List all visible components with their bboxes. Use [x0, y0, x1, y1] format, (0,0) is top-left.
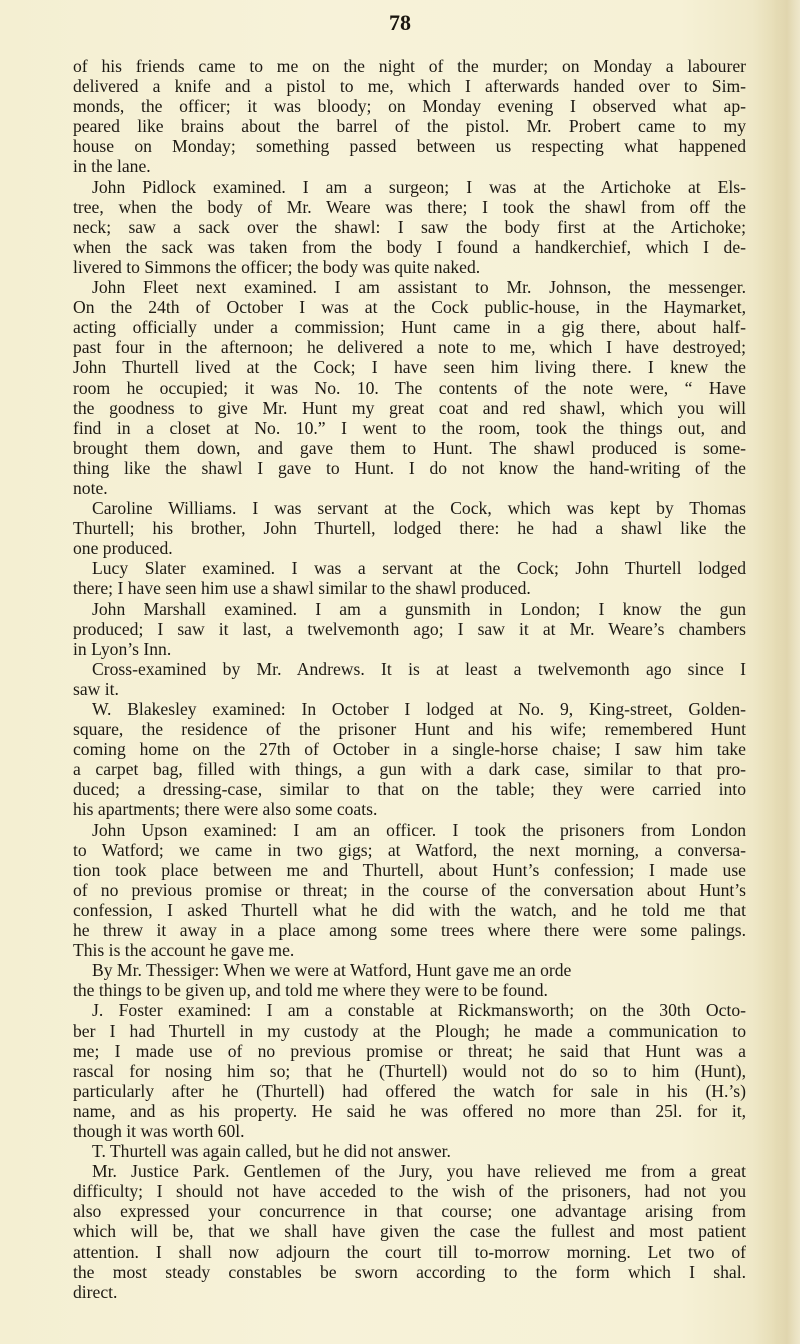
- paragraph-start-line: John Pidlock examined. I am a surgeon; I…: [73, 177, 746, 197]
- paragraph-start-line: J. Foster examined: I am a constable at …: [73, 1000, 746, 1020]
- text-line: note.: [73, 478, 746, 498]
- book-page: 78 of his friends came to me on the nigh…: [0, 0, 800, 1344]
- text-line: to Watford; we came in two gigs; at Watf…: [73, 840, 746, 860]
- paragraph-start-line: John Fleet next examined. I am assistant…: [73, 277, 746, 297]
- text-line: attention. I shall now adjourn the court…: [73, 1242, 746, 1262]
- text-line: of his friends came to me on the night o…: [73, 56, 746, 76]
- text-line: name, and as his property. He said he wa…: [73, 1101, 746, 1121]
- text-line: also expressed your concurrence in that …: [73, 1201, 746, 1221]
- text-line: monds, the officer; it was bloody; on Mo…: [73, 96, 746, 116]
- page-body-text: of his friends came to me on the night o…: [73, 56, 746, 1302]
- text-line: which will be, that we shall have given …: [73, 1221, 746, 1241]
- text-line: a carpet bag, filled with things, a gun …: [73, 759, 746, 779]
- paragraph-start-line: John Upson examined: I am an officer. I …: [73, 820, 746, 840]
- text-line: peared like brains about the barrel of t…: [73, 116, 746, 136]
- text-line: confession, I asked Thurtell what he did…: [73, 900, 746, 920]
- text-line: Thurtell; his brother, John Thurtell, lo…: [73, 518, 746, 538]
- text-line: there; I have seen him use a shawl simil…: [73, 578, 746, 598]
- text-line: rascal for nosing him so; that he (Thurt…: [73, 1061, 746, 1081]
- text-line: in the lane.: [73, 156, 746, 176]
- text-line: when the sack was taken from the body I …: [73, 237, 746, 257]
- paragraph-start-line: John Marshall examined. I am a gunsmith …: [73, 599, 746, 619]
- paragraph-start-line: T. Thurtell was again called, but he did…: [73, 1141, 746, 1161]
- text-line: On the 24th of October I was at the Cock…: [73, 297, 746, 317]
- paragraph-start-line: Cross-examined by Mr. Andrews. It is at …: [73, 659, 746, 679]
- text-line: brought them down, and gave them to Hunt…: [73, 438, 746, 458]
- text-line: find in a closet at No. 10.” I went to t…: [73, 418, 746, 438]
- text-line: thing like the shawl I gave to Hunt. I d…: [73, 458, 746, 478]
- text-line: duced; a dressing-case, similar to that …: [73, 779, 746, 799]
- text-line: past four in the afternoon; he delivered…: [73, 337, 746, 357]
- text-line: of no previous promise or threat; in the…: [73, 880, 746, 900]
- text-line: particularly after he (Thurtell) had off…: [73, 1081, 746, 1101]
- text-line: neck; saw a sack over the shawl: I saw t…: [73, 217, 746, 237]
- text-line: tion took place between me and Thurtell,…: [73, 860, 746, 880]
- text-line: in Lyon’s Inn.: [73, 639, 746, 659]
- text-line: square, the residence of the prisoner Hu…: [73, 719, 746, 739]
- text-line: me; I made use of no previous promise or…: [73, 1041, 746, 1061]
- text-line: saw it.: [73, 679, 746, 699]
- text-line: room he occupied; it was No. 10. The con…: [73, 378, 746, 398]
- text-line: his apartments; there were also some coa…: [73, 799, 746, 819]
- text-line: produced; I saw it last, a twelvemonth a…: [73, 619, 746, 639]
- paragraph-start-line: Caroline Williams. I was servant at the …: [73, 498, 746, 518]
- text-line: one produced.: [73, 538, 746, 558]
- text-line: This is the account he gave me.: [73, 940, 746, 960]
- paragraph-start-line: By Mr. Thessiger: When we were at Watfor…: [73, 960, 746, 980]
- text-line: ber I had Thurtell in my custody at the …: [73, 1021, 746, 1041]
- text-line: house on Monday; something passed betwee…: [73, 136, 746, 156]
- paragraph-start-line: W. Blakesley examined: In October I lodg…: [73, 699, 746, 719]
- paragraph-start-line: Lucy Slater examined. I was a servant at…: [73, 558, 746, 578]
- text-line: direct.: [73, 1282, 746, 1302]
- text-line: he threw it away in a place among some t…: [73, 920, 746, 940]
- text-line: the goodness to give Mr. Hunt my great c…: [73, 398, 746, 418]
- text-line: acting officially under a commission; Hu…: [73, 317, 746, 337]
- text-line: delivered a knife and a pistol to me, wh…: [73, 76, 746, 96]
- text-line: difficulty; I should not have acceded to…: [73, 1181, 746, 1201]
- paragraph-start-line: Mr. Justice Park. Gentlemen of the Jury,…: [73, 1161, 746, 1181]
- page-number: 78: [0, 10, 800, 36]
- text-line: tree, when the body of Mr. Weare was the…: [73, 197, 746, 217]
- text-line: John Thurtell lived at the Cock; I have …: [73, 357, 746, 377]
- page-edge-shadow: [774, 0, 800, 1344]
- text-line: the things to be given up, and told me w…: [73, 980, 746, 1000]
- text-line: though it was worth 60l.: [73, 1121, 746, 1141]
- text-line: the most steady constables be sworn acco…: [73, 1262, 746, 1282]
- text-line: livered to Simmons the officer; the body…: [73, 257, 746, 277]
- text-line: coming home on the 27th of October in a …: [73, 739, 746, 759]
